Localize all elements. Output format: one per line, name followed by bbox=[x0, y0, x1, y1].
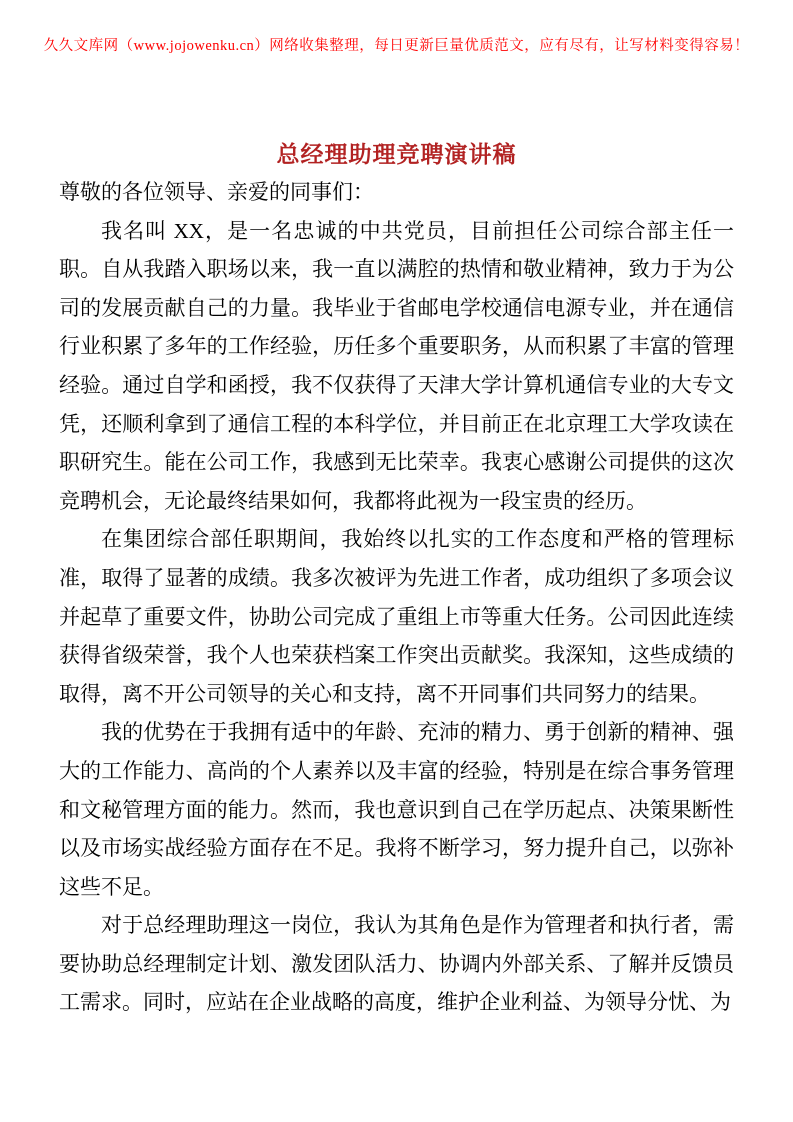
site-header-notice: 久久文库网（www.jojowenku.cn）网络收集整理，每日更新巨量优质范文… bbox=[0, 0, 793, 57]
paragraph: 对于总经理助理这一岗位，我认为其角色是作为管理者和执行者，需要协助总经理制定计划… bbox=[59, 906, 734, 1022]
paragraph: 我的优势在于我拥有适中的年龄、充沛的精力、勇于创新的精神、强大的工作能力、高尚的… bbox=[59, 713, 734, 906]
document-body: 尊敬的各位领导、亲爱的同事们：我名叫 XX，是一名忠诚的中共党员，目前担任公司综… bbox=[59, 173, 734, 1022]
paragraph: 在集团综合部任职期间，我始终以扎实的工作态度和严格的管理标准，取得了显著的成绩。… bbox=[59, 520, 734, 713]
paragraph: 我名叫 XX，是一名忠诚的中共党员，目前担任公司综合部主任一职。自从我踏入职场以… bbox=[59, 212, 734, 521]
document-title: 总经理助理竞聘演讲稿 bbox=[0, 140, 793, 169]
paragraph: 尊敬的各位领导、亲爱的同事们： bbox=[59, 173, 734, 212]
document-page: 久久文库网（www.jojowenku.cn）网络收集整理，每日更新巨量优质范文… bbox=[0, 0, 793, 1122]
